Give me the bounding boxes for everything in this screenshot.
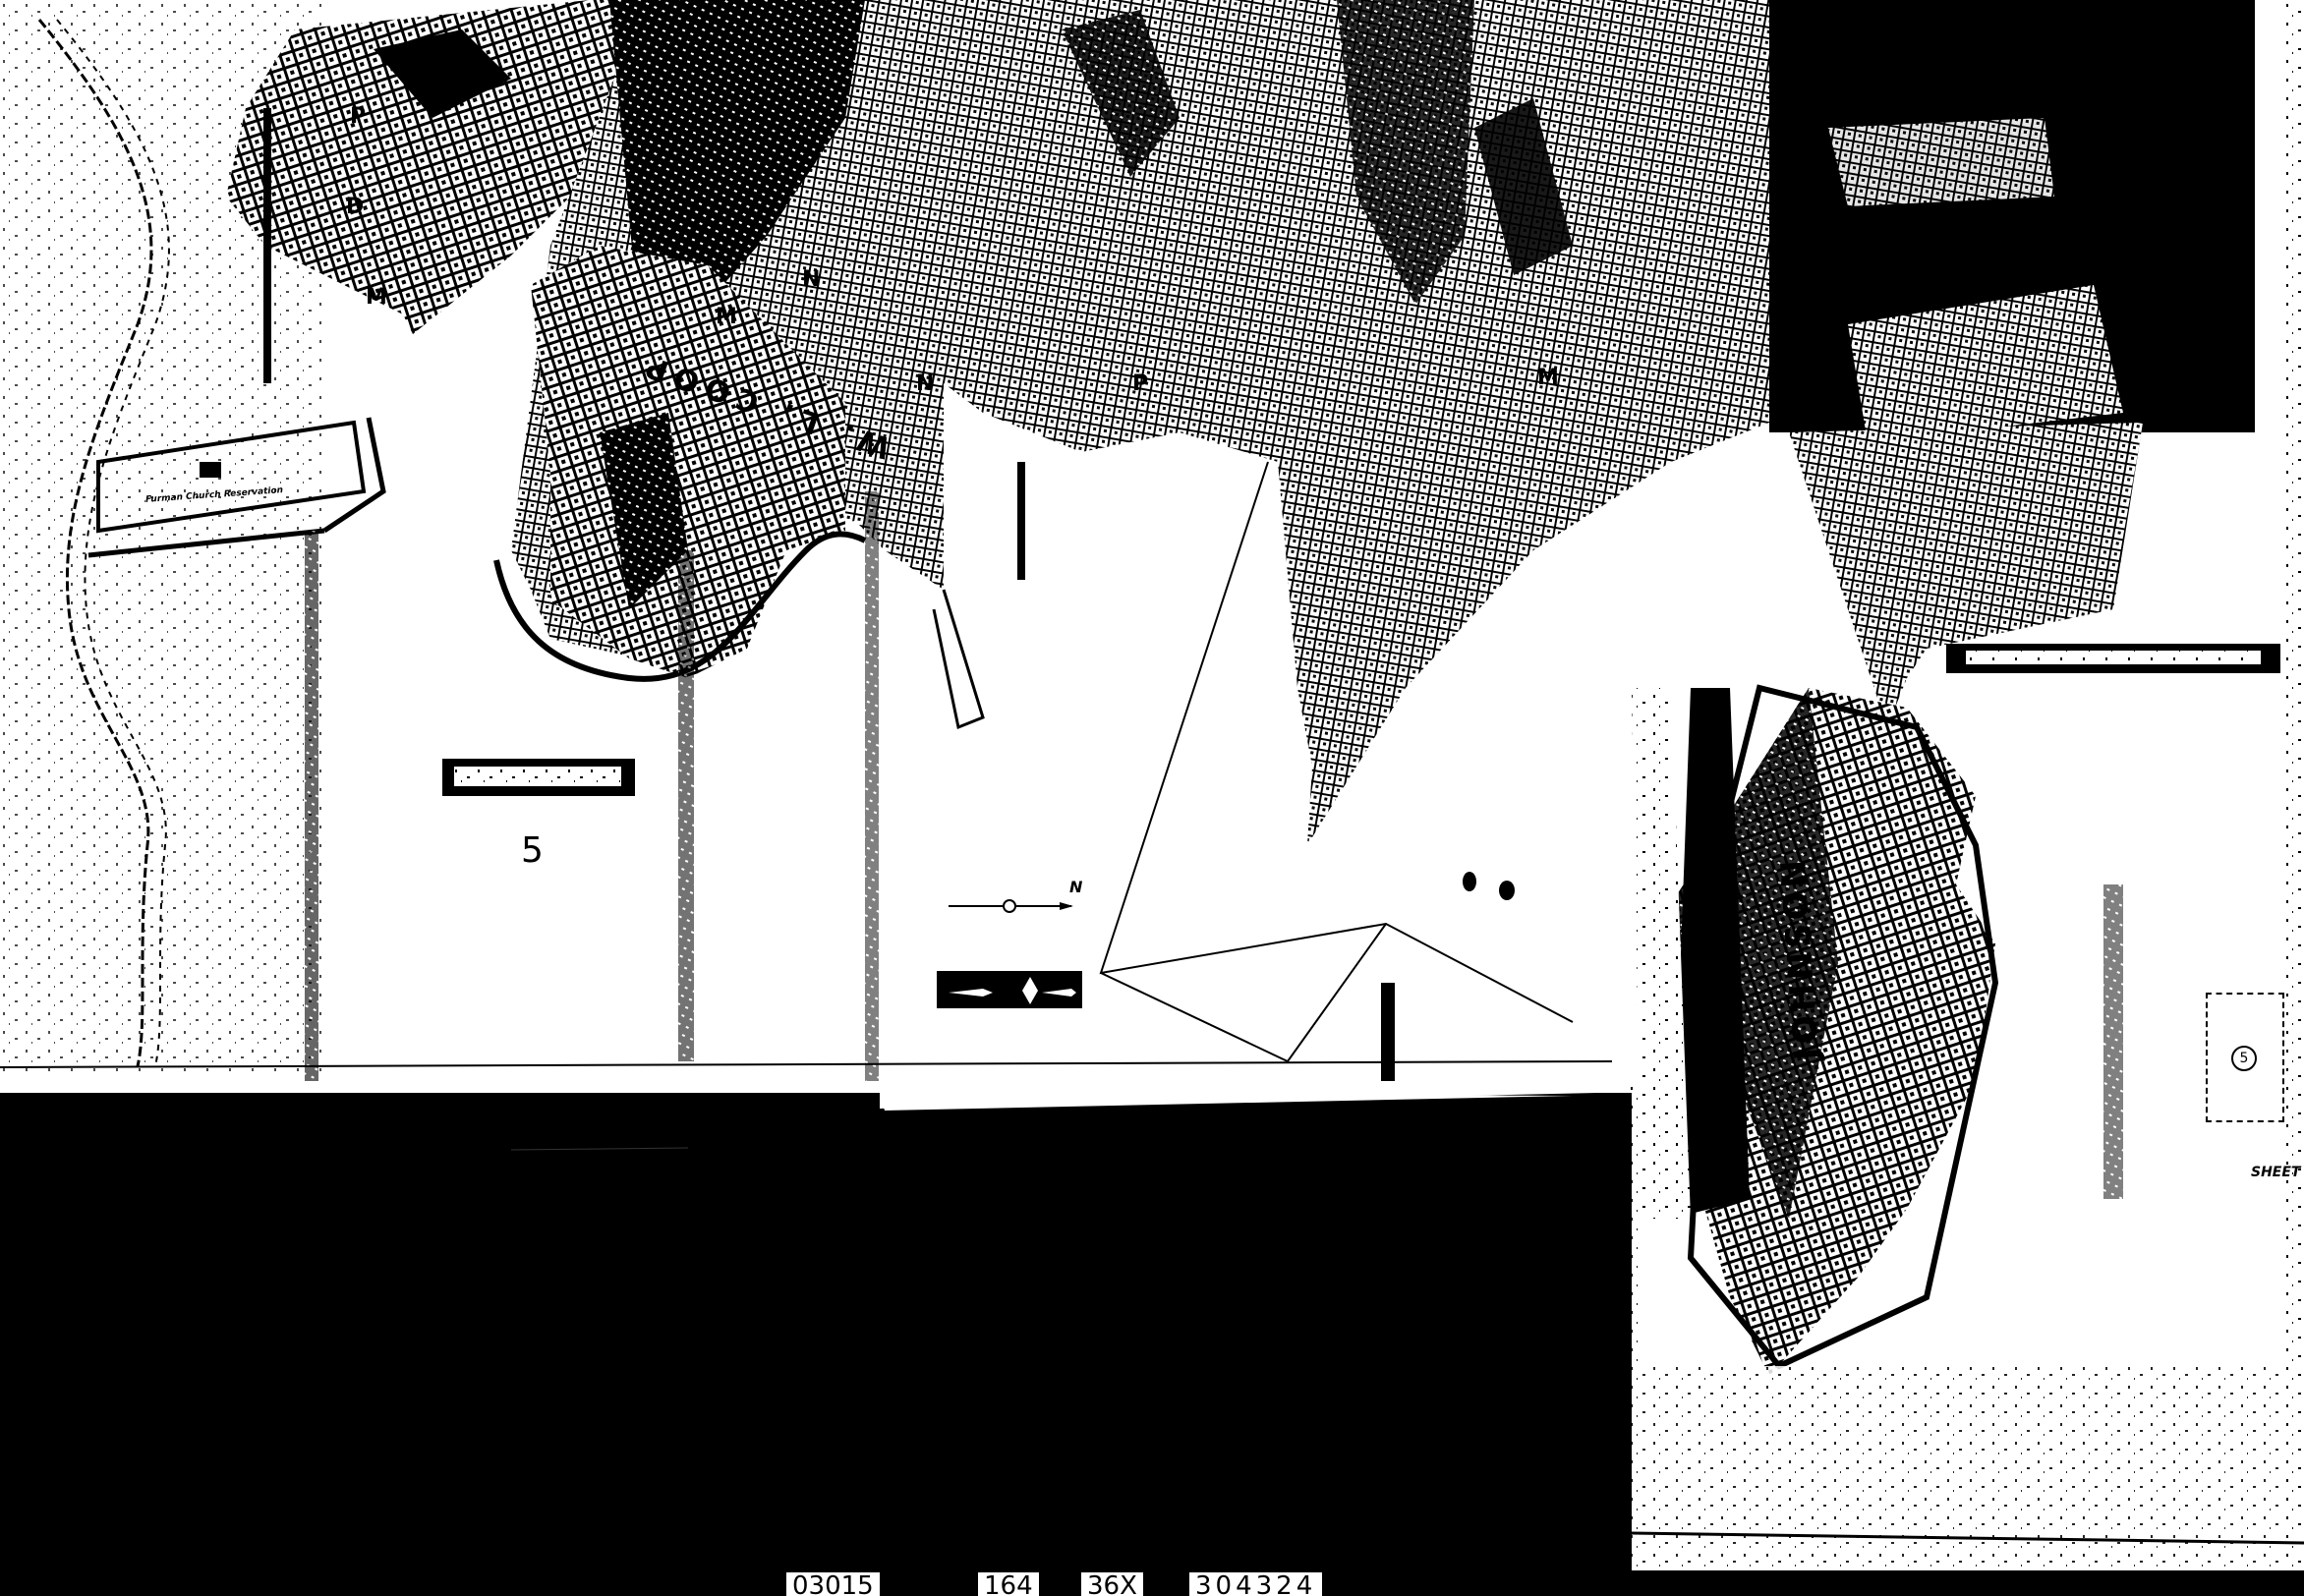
- sheet-number: 5: [521, 833, 544, 869]
- compass-north-label: N: [1069, 880, 1082, 895]
- index-key-number: 5: [2231, 1046, 2257, 1071]
- microfilm-strip: [0, 1570, 2304, 1596]
- sheet-index-key: 5: [2206, 993, 2284, 1122]
- frame-field-3: 36X: [1081, 1572, 1143, 1596]
- block-letter: M: [716, 307, 737, 328]
- frame-field-2: 164: [978, 1572, 1039, 1596]
- frame-number: 304324: [1189, 1572, 1322, 1596]
- reel-id: 03015: [786, 1572, 880, 1596]
- block-letter: P: [350, 106, 366, 128]
- block-letter: D: [346, 197, 364, 218]
- index-key-caption: SHEET: [2251, 1166, 2300, 1179]
- block-letter: P: [1132, 373, 1148, 395]
- block-letter: M: [1537, 368, 1559, 389]
- block-letter: M: [366, 287, 387, 309]
- block-letter: N: [802, 269, 820, 291]
- block-letter: N: [916, 373, 934, 395]
- map-drawing: [0, 0, 2304, 1596]
- map-scan: 5 W. L. COOP N Furman Church Reservation…: [0, 0, 2304, 1596]
